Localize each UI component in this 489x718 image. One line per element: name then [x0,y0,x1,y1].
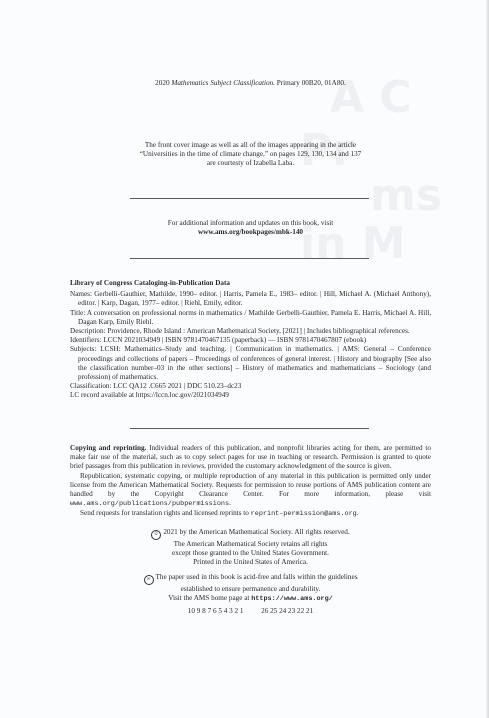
copyright-line-1: ©2021 by the American Mathematical Socie… [70,528,431,540]
credits-line-2: “Universities in the time of climate cha… [70,150,431,159]
image-credits: The front cover image as well as all of … [70,141,431,169]
copying-para-2: Republication, systematic copying, or mu… [70,472,431,510]
cip-title: Title: A conversation on professional no… [70,309,431,327]
copying-para-3: Send requests for translation rights and… [70,509,431,519]
cip-classification: Classification: LCC QA12 .C665 2021 | DD… [70,382,431,391]
cip-identifiers: Identifiers: LCCN 2021034949 | ISBN 9781… [70,336,431,345]
copyright-line-2: The American Mathematical Society retain… [70,540,431,549]
msc-value: Primary 00B20, 01A80. [277,79,346,87]
paper-line-3-text: Visit the AMS home page at [168,594,249,602]
reprint-email-link[interactable]: reprint-permission@ams.org [251,510,357,518]
copyright-line-4: Printed in the United States of America. [70,558,431,567]
paper-block: ∞The paper used in this book is acid-fre… [70,573,431,604]
msc-year: 2020 [155,79,169,87]
copying-heading: Copying and reprinting. [70,444,146,452]
cip-heading: Library of Congress Cataloging-in-Public… [70,279,431,288]
copying-para-2-text: Republication, systematic copying, or mu… [70,472,431,498]
msc-line: 2020 Mathematics Subject Classification.… [70,79,431,88]
acid-free-paper-icon: ∞ [144,575,154,585]
show-through-text-3: ms [370,170,442,221]
printing-years: 26 25 24 23 22 21 [261,607,313,615]
credits-line-3: are courtesty of Izabella Laba. [70,159,431,168]
copyright-block: ©2021 by the American Mathematical Socie… [70,528,431,568]
ams-home-link[interactable]: https://www.ams.org/ [251,595,333,603]
paper-line-3: Visit the AMS home page at https://www.a… [70,594,431,604]
cip-lc-record: LC record available at https://lccn.loc.… [70,391,431,400]
copyright-icon: © [151,530,161,540]
book-page-link[interactable]: www.ams.org/bookpages/mbk-140 [70,228,431,237]
printing-line: 10 9 8 7 6 5 4 3 2 1 26 25 24 23 22 21 [70,607,431,616]
msc-label: Mathematics Subject Classification. [171,79,275,87]
paper-line-2: established to ensure permanence and dur… [70,585,431,594]
cip-block: Library of Congress Cataloging-in-Public… [70,279,431,401]
copying-block: Copying and reprinting. Individual reade… [70,444,431,520]
credits-line-1: The front cover image as well as all of … [70,141,431,150]
divider-rule-2 [130,258,369,259]
copyright-line-3: except those granted to the United State… [70,549,431,558]
info-line: For additional information and updates o… [70,219,431,228]
copyright-line-1-text: 2021 by the American Mathematical Societ… [163,528,349,536]
copying-para-3-text: Send requests for translation rights and… [80,509,249,517]
permissions-link[interactable]: www.ams.org/publications/pubpermissions [70,500,229,508]
paper-line-1: ∞The paper used in this book is acid-fre… [70,573,431,585]
cip-subjects: Subjects: LCSH: Mathematics–Study and te… [70,345,431,382]
divider-rule-3 [130,428,369,429]
cip-names: Names: Gerbelli-Gauthier, Mathilde, 1990… [70,290,431,308]
divider-rule-1 [130,198,369,199]
additional-info: For additional information and updates o… [70,219,431,237]
copying-para-1: Copying and reprinting. Individual reade… [70,444,431,472]
cip-description: Description: Providence, Rhode Island : … [70,327,431,336]
paper-line-1-text: The paper used in this book is acid-free… [156,573,358,581]
printing-impressions: 10 9 8 7 6 5 4 3 2 1 [188,607,244,615]
